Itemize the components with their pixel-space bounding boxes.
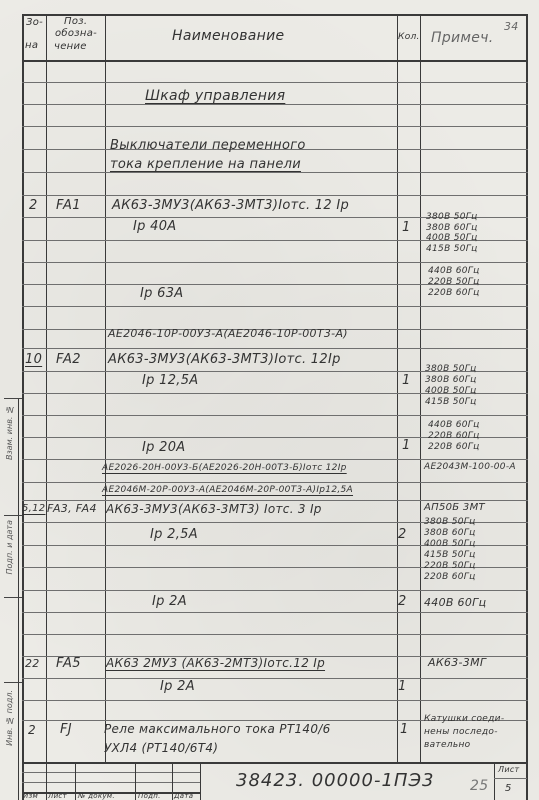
- row-fa1-name: АК63-3МУ3(АК63-3МТ3)Iотс. 12 Iр: [112, 198, 349, 213]
- binding-label-3: Инв. № подл.: [5, 690, 14, 746]
- row-fa1-pos: FA1: [56, 198, 81, 213]
- row-fa2-qty: 1: [402, 373, 411, 388]
- binding-strip-line: [18, 398, 19, 800]
- row-fj-name2: УХЛ4 (РТ140/6Т4): [104, 741, 218, 755]
- sheet-label: Лист: [498, 765, 519, 774]
- row-rule: [22, 195, 528, 196]
- frame-top: [22, 14, 528, 16]
- row-fa34-current: Iр 2,5А: [150, 527, 198, 542]
- subsection-title-line1: Выключатели переменного: [110, 138, 306, 153]
- row-fa2-current: Iр 12,5А: [142, 373, 198, 388]
- row-fa1-zone: 2: [29, 198, 38, 213]
- binding-label-2: Подп. и дата: [5, 520, 14, 575]
- row-rule: [22, 82, 528, 83]
- row-fa2-alt1-note: АЕ2043М-100-00-А: [424, 462, 516, 472]
- row-fa1-note3: 400В 50Гц: [426, 233, 478, 243]
- subsection-title-line2: тока крепление на панели: [110, 157, 301, 172]
- document-page: Зо- на Поз. обозна- чение Наименование К…: [0, 0, 539, 800]
- sheet-number: 5: [505, 783, 512, 794]
- frame-right: [526, 14, 528, 800]
- row-fa1-note5: 440В 60Гц: [428, 266, 480, 276]
- row-fa2-note7: 220В 60Гц: [428, 442, 480, 452]
- title-col-label-date: Дата: [174, 792, 193, 800]
- row-rule: [22, 590, 528, 591]
- row-rule: [22, 306, 528, 307]
- section-title: Шкаф управления: [145, 88, 285, 104]
- title-col-3: [135, 762, 136, 800]
- title-col-5: [200, 762, 201, 800]
- header-pos-line3: чение: [54, 41, 87, 52]
- row-fa5-note: АК63-3МГ: [428, 656, 486, 669]
- row-fa1-note6: 220В 50Гц: [428, 277, 480, 287]
- row-fa2-note4: 415В 50Гц: [425, 397, 477, 407]
- row-fj-zone: 2: [28, 723, 36, 737]
- row-rule: [22, 415, 528, 416]
- binding-label-1: Взам. инв. №: [5, 405, 14, 460]
- row-fa2-note1: 380В 50Гц: [425, 364, 477, 374]
- row-fa1-alt: АЕ2046-10Р-00У3-А(АЕ2046-10Р-00Т3-А): [108, 327, 348, 340]
- title-block-row1: [22, 772, 200, 773]
- row-fa2-qty2: 1: [402, 438, 411, 453]
- title-col-label-list: Лист: [48, 792, 67, 800]
- row-fj-name: Реле максимального тока РТ140/6: [104, 722, 331, 736]
- col-line-zone: [46, 14, 47, 800]
- row-fa1-note2: 380В 60Гц: [426, 223, 478, 233]
- row-fa1-current-63: Iр 63А: [140, 286, 183, 301]
- row-fa2-current-20: Iр 20А: [142, 440, 185, 455]
- row-rule: [22, 348, 528, 349]
- row-fa1-note7: 220В 60Гц: [428, 288, 480, 298]
- row-fa34-note3: 400В 50Гц: [424, 539, 476, 549]
- header-pos-line2: обозна-: [55, 28, 97, 39]
- row-fa2-note2: 380В 60Гц: [425, 375, 477, 385]
- row-rule: [22, 126, 528, 127]
- row-fj-qty: 1: [400, 722, 409, 737]
- row-rule: [22, 612, 528, 613]
- row-fa34-qty: 2: [398, 527, 407, 542]
- binding-box-divider-3: [4, 597, 22, 598]
- header-note: Примеч.: [431, 30, 494, 46]
- row-fj-note3: вательно: [424, 740, 470, 750]
- row-fa2-pos: FA2: [56, 352, 81, 367]
- frame-left: [22, 14, 24, 800]
- format-mark: 25: [470, 778, 488, 794]
- binding-box-divider-4: [4, 682, 22, 683]
- row-fa34-note4: 415В 50Гц: [424, 550, 476, 560]
- row-fa5-current: Iр 2А: [160, 679, 195, 694]
- row-fa2-note6: 220В 60Гц: [428, 431, 480, 441]
- title-block-top: [22, 762, 528, 764]
- row-fj-note1: Катушки соеди-: [424, 714, 504, 724]
- row-fa5-pos: FA5: [56, 656, 81, 671]
- row-fj-note2: нены последо-: [424, 727, 498, 737]
- row-fa5-name: АК63 2МУ3 (АК63-2МТ3)Iотс.12 Iр: [106, 656, 325, 670]
- document-designation: 38423. 00000-1ПЭ3: [236, 770, 434, 791]
- row-rule: [22, 172, 528, 173]
- row-fa2-alt1: АЕ2026-20Н-00У3-Б(АЕ2026-20Н-00Т3-Б)Iотс…: [102, 463, 347, 473]
- binding-box-divider-2: [4, 515, 22, 516]
- title-col-sheet: [494, 762, 495, 800]
- row-fa2-name: АК63-3МУ3(АК63-3МТ3)Iотс. 12Iр: [108, 352, 341, 367]
- row-rule: [22, 482, 528, 483]
- title-col-label-sign: Подп.: [138, 792, 161, 800]
- row-fa34-pos: FA3, FA4: [47, 502, 97, 515]
- header-zone-line2: на: [25, 40, 38, 51]
- row-fa34-note7: 440В 60Гц: [424, 596, 486, 609]
- row-fa2-alt2: АЕ2046М-20Р-00У3-А(АЕ2046М-20Р-00Т3-А)Iр…: [102, 485, 353, 495]
- row-rule: [22, 700, 528, 701]
- title-col-1: [46, 762, 47, 800]
- row-rule: [22, 262, 528, 263]
- binding-box-divider-1: [4, 398, 22, 399]
- row-rule: [22, 459, 528, 460]
- title-col-label-izm: Изм: [23, 792, 38, 800]
- header-quantity: Кол.: [398, 32, 420, 42]
- header-zone-line1: Зо-: [26, 17, 43, 28]
- title-block-row2: [22, 782, 200, 783]
- row-fa5-qty: 1: [398, 679, 407, 694]
- row-fa34-note6: 220В 60Гц: [424, 572, 476, 582]
- row-rule: [22, 678, 528, 679]
- title-sheet-divider: [494, 778, 527, 779]
- row-fa34-current2: Iр 2А: [152, 594, 187, 609]
- row-fa2-zone: 10: [25, 352, 42, 367]
- row-fa34-zone: 5,12: [22, 503, 45, 514]
- row-fa1-note1: 380В 50Гц: [426, 212, 478, 222]
- row-fa34-note0: АП50Б 3МТ: [424, 502, 485, 513]
- row-fa1-qty: 1: [402, 220, 411, 235]
- title-col-4: [172, 762, 173, 800]
- row-fa5-zone: 22: [25, 657, 40, 670]
- sheet-corner-number: 34: [504, 20, 519, 33]
- row-fa34-note5: 220В 50Гц: [424, 561, 476, 571]
- row-fa1-note4: 415В 50Гц: [426, 244, 478, 254]
- title-col-2: [75, 762, 76, 800]
- row-fa34-note1: 380В 50Гц: [424, 517, 476, 527]
- header-pos-line1: Поз.: [64, 16, 87, 27]
- row-fa34-note2: 380В 60Гц: [424, 528, 476, 538]
- row-rule: [22, 104, 528, 105]
- header-name: Наименование: [172, 28, 284, 44]
- row-fa2-note3: 400В 50Гц: [425, 386, 477, 396]
- row-fa2-note5: 440В 60Гц: [428, 420, 480, 430]
- row-fa34-qty2: 2: [398, 594, 407, 609]
- header-bottom: [22, 60, 528, 62]
- row-fa34-name: АК63-3МУ3(АК63-3МТ3) Iотс. 3 Iр: [106, 502, 322, 516]
- row-fj-pos: FJ: [60, 722, 72, 737]
- title-col-label-doc: № докум.: [78, 792, 115, 800]
- row-rule: [22, 634, 528, 635]
- row-fa1-current: Iр 40А: [133, 219, 176, 234]
- row-rule: [22, 500, 528, 501]
